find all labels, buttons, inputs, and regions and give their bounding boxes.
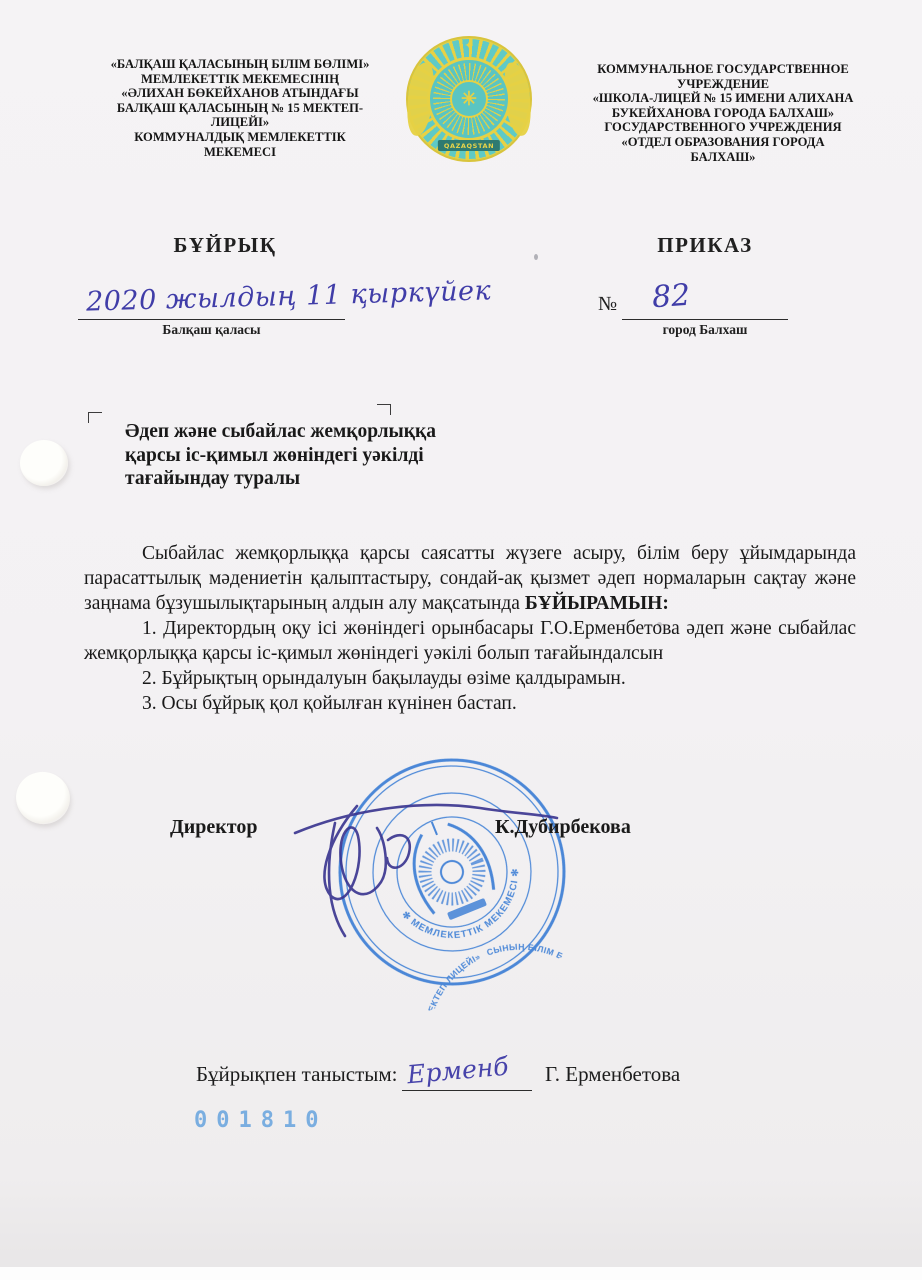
order-item: 1. Директордың оқу ісі жөніндегі орынбас… bbox=[84, 616, 856, 666]
org-kk-line: МЕМЛЕКЕТТІК МЕКЕМЕСІНІҢ bbox=[62, 72, 418, 87]
handwritten-date: 2020 жылдың 11 қыркүйек bbox=[86, 275, 492, 317]
org-kk-line: ЛИЦЕЙІ» bbox=[62, 115, 418, 130]
shanyrak-icon: ✳ bbox=[450, 80, 488, 118]
signature-scrawl bbox=[285, 778, 565, 943]
order-subject: Әдеп және сыбайлас жемқорлыққа қарсы іс-… bbox=[125, 420, 436, 491]
org-ru-line: «ОТДЕЛ ОБРАЗОВАНИЯ ГОРОДА bbox=[540, 135, 906, 150]
scan-speck bbox=[534, 254, 538, 260]
org-ru-line: БАЛХАШ» bbox=[540, 150, 906, 165]
scan-blob bbox=[11, 766, 76, 830]
place-russian: город Балхаш bbox=[622, 322, 788, 338]
paragraph-text: Сыбайлас жемқорлыққа қарсы саясатты жүзе… bbox=[84, 543, 856, 614]
ack-name: Г. Ерменбетова bbox=[545, 1062, 680, 1087]
subject-line: Әдеп және сыбайлас жемқорлыққа bbox=[125, 420, 436, 444]
emblem-banner: QAZAQSTAN bbox=[438, 140, 500, 151]
handwritten-number: 82 bbox=[651, 278, 692, 316]
ack-signature-handwritten: Ерменб bbox=[406, 1052, 510, 1090]
corner-mark-right bbox=[377, 404, 391, 415]
place-kazakh: Балқаш қаласы bbox=[78, 322, 345, 338]
order-body: Сыбайлас жемқорлыққа қарсы саясатты жүзе… bbox=[84, 541, 856, 716]
subject-line: тағайындау туралы bbox=[125, 467, 436, 491]
svg-text:БСН 050940011116: БСН 050940011116 bbox=[471, 1017, 577, 1028]
org-ru-line: «ШКОЛА-ЛИЦЕЙ № 15 ИМЕНИ АЛИХАНА bbox=[540, 91, 906, 106]
order-item: 3. Осы бұйрық қол қойылған күнінен баста… bbox=[84, 691, 856, 716]
org-ru-line: УЧРЕЖДЕНИЕ bbox=[540, 77, 906, 92]
scan-blob bbox=[20, 440, 68, 486]
scanned-order-document: «БАЛҚАШ ҚАЛАСЫНЫҢ БІЛІМ БӨЛІМІ» МЕМЛЕКЕТ… bbox=[0, 0, 922, 1280]
scan-edge bbox=[0, 1267, 922, 1280]
org-name-kazakh: «БАЛҚАШ ҚАЛАСЫНЫҢ БІЛІМ БӨЛІМІ» МЕМЛЕКЕТ… bbox=[62, 57, 418, 159]
org-ru-line: БУКЕЙХАНОВА ГОРОДА БАЛХАШ» bbox=[540, 106, 906, 121]
org-ru-line: КОММУНАЛЬНОЕ ГОСУДАРСТВЕННОЕ bbox=[540, 62, 906, 77]
director-name: К.Дубирбекова bbox=[495, 816, 631, 839]
number-underline bbox=[622, 319, 788, 320]
ack-underline bbox=[402, 1090, 532, 1091]
org-kk-line: «БАЛҚАШ ҚАЛАСЫНЫҢ БІЛІМ БӨЛІМІ» bbox=[62, 57, 418, 72]
org-kk-line: МЕКЕМЕСІ bbox=[62, 145, 418, 160]
subject-line: қарсы іс-қимыл жөніндегі уәкілді bbox=[125, 444, 436, 468]
corner-mark-left bbox=[88, 412, 102, 423]
director-label: Директор bbox=[170, 816, 258, 839]
org-ru-line: ГОСУДАРСТВЕННОГО УЧРЕЖДЕНИЯ bbox=[540, 120, 906, 135]
body-paragraph: Сыбайлас жемқорлыққа қарсы саясатты жүзе… bbox=[84, 541, 856, 616]
org-name-russian: КОММУНАЛЬНОЕ ГОСУДАРСТВЕННОЕ УЧРЕЖДЕНИЕ … bbox=[540, 62, 906, 164]
doc-serial-number: 001810 bbox=[194, 1108, 327, 1133]
number-sign: № bbox=[598, 293, 617, 316]
emblem-crown-icon: ✦ bbox=[464, 39, 473, 52]
org-kk-line: БАЛҚАШ ҚАЛАСЫНЫҢ № 15 МЕКТЕП- bbox=[62, 101, 418, 116]
order-title-kazakh: БҰЙРЫҚ bbox=[130, 233, 320, 258]
resolution-word: БҰЙЫРАМЫН: bbox=[525, 593, 669, 614]
ack-label: Бұйрықпен таныстым: bbox=[196, 1062, 398, 1087]
kazakhstan-emblem: ✳ ✦ QAZAQSTAN bbox=[406, 36, 532, 162]
org-kk-line: КОММУНАЛДЫҚ МЕМЛЕКЕТТІК bbox=[62, 130, 418, 145]
stamp-bsn-text: БСН 050940011116 bbox=[471, 1017, 577, 1028]
order-item: 2. Бұйрықтың орындалуын бақылауды өзіме … bbox=[84, 666, 856, 691]
order-title-russian: ПРИКАЗ bbox=[610, 233, 800, 258]
org-kk-line: «ӘЛИХАН БӨКЕЙХАНОВ АТЫНДАҒЫ bbox=[62, 86, 418, 101]
date-underline bbox=[78, 319, 345, 320]
